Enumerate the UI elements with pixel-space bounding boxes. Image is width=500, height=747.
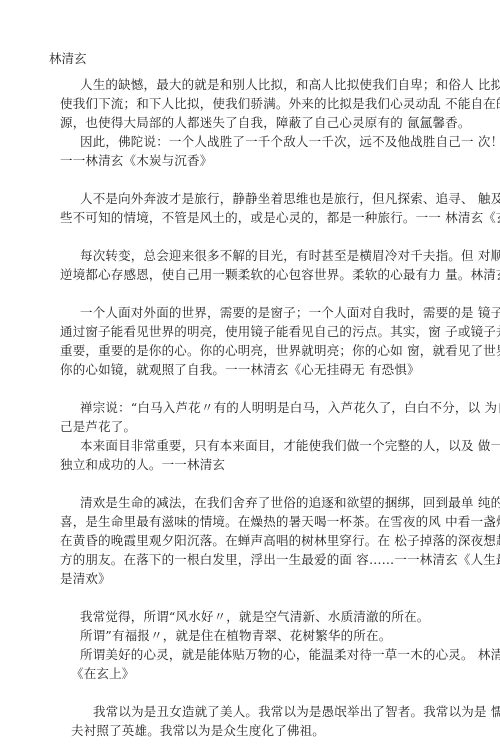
text-line: 喜，是生命里最有滋味的情境。在燥热的暑天喝一杯茶。在雪夜的风 中看一盏烛火。 xyxy=(60,512,500,530)
text-line: 清欢是生命的减法，在我们舍弃了世俗的追逐和欲望的捆绑，回到最单 纯的欢 xyxy=(80,493,500,511)
text-line: 在黄昏的晚霞里观夕阳沉落。在蝉声高唱的树林里穿行。在 松子掉落的深夜想起远 xyxy=(60,531,500,549)
text-line: 我常觉得，所谓“风水好〃，就是空气清新、水质清澈的所在。 xyxy=(80,607,430,625)
document-title: 林清玄 xyxy=(49,49,87,67)
text-line: 通过窗子能看见世界的明亮，使用镜子能看见自己的污点。其实，窗 子或镜子并不 xyxy=(60,322,500,340)
text-line: 我常以为是丑女造就了美人。我常以为是愚氓举出了智者。我常以为是 懦 xyxy=(93,702,500,720)
text-line: 一个人面对外面的世界，需要的是窗子；一个人面对自我时，需要的是 镜子。 xyxy=(80,303,500,321)
text-line: 逆境都心存感恩，使自己用一颗柔软的心包容世界。柔软的心最有力 量。林清玄 xyxy=(60,265,500,283)
text-line: 所谓”有福报〃，就是住在植物青翠、花树繁华的所在。 xyxy=(80,626,391,644)
text-line: 人生的缺憾，最大的就是和别人比拟，和高人比拟使我们自卑；和俗人 比拟， xyxy=(80,75,500,93)
text-line: 一一林清玄《木炭与沉香》 xyxy=(60,151,212,169)
text-line: 你的心如镜，就观照了自我。一一林清玄《心无挂碍无 有恐惧》 xyxy=(60,360,420,378)
text-line: 人不是向外奔波才是旅行，静静坐着思维也是旅行，但凡探索、追寻、 触及那 xyxy=(80,189,500,207)
text-line: 每次转变，总会迎来很多不解的目光，有时甚至是横眉冷对千夫指。但 对顺境 xyxy=(80,246,500,264)
text-line: 独立和成功的人。一一林清玄 xyxy=(60,455,225,473)
text-line: 己是芦花了。 xyxy=(60,417,136,435)
text-line: 方的朋友。在落下的一根白发里，浮出一生最爱的面 容……一一林清玄《人生最美 xyxy=(60,550,500,568)
text-line: 是清欢》 xyxy=(60,569,111,587)
text-line: 《在玄上》 xyxy=(71,664,135,682)
text-line: 使我们下流；和下人比拟，使我们骄满。外来的比拟是我们心灵动乱 不能自在的来 xyxy=(60,94,500,112)
text-line: 所谓美好的心灵，就是能体贴万物的心，能温柔对待一草一木的心灵。 林清玄 xyxy=(80,645,500,663)
text-line: 本来面目非常重要，只有本来面目，才能使我们做一个完整的人，以及 做一个 xyxy=(80,436,500,454)
text-line: 源，也使得大局部的人都迷失了自我，障蔽了自己心灵原有的 氤氲馨香。 xyxy=(60,113,471,131)
text-line: 重要，重要的是你的心。你的心明亮，世界就明亮；你的心如 窗，就看见了世界； xyxy=(60,341,500,359)
text-line: 因此，佛陀说：一个人战胜了一千个敌人一千次，远不及他战胜自己一 次！ xyxy=(80,132,500,150)
text-line: 禅宗说：“白马入芦花〃有的人明明是白马，入芦花久了，白白不分，以 为自 xyxy=(80,398,500,416)
text-line: 些不可知的情境，不管是风土的，或是心灵的，都是一种旅行。一一 林清玄《玄想》 xyxy=(60,208,500,226)
text-line: 夫衬照了英雄。我常以为是众生度化了佛祖。 xyxy=(71,721,325,739)
